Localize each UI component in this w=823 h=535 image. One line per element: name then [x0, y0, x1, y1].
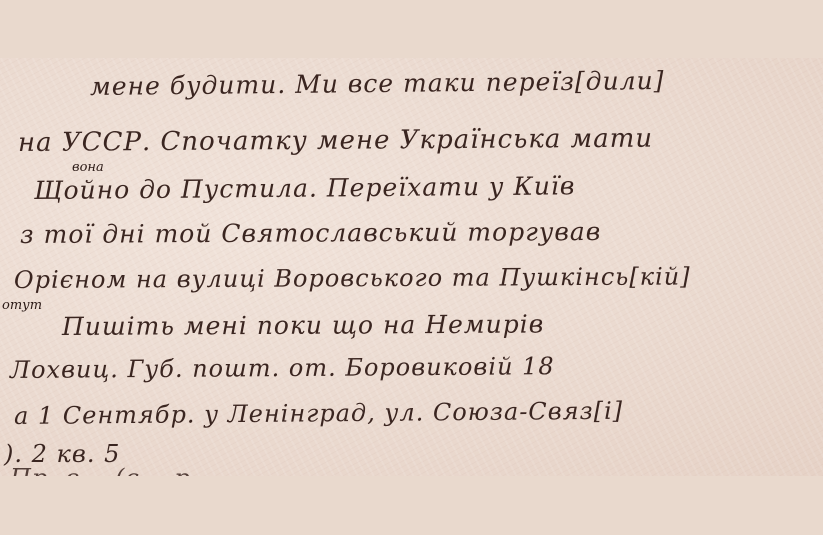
letter-line-8: а 1 Сентябр. у Ленінград, ул. Союза-Связ…: [14, 397, 623, 430]
letter-line-3: Щойно до Пустила. Переїхати у Київ: [34, 171, 576, 205]
letter-line-5: Орієном на вулиці Воровського та Пушкінс…: [14, 262, 691, 294]
letter-line-2: на УССР. Спочатку мене Українська мати: [18, 124, 653, 158]
document-frame: мене будити. Ми все таки переїз[дили] на…: [0, 0, 823, 535]
margin-annotation-otut: отут: [2, 298, 42, 313]
letter-line-10-partial: Пр. в... (с... р...: [10, 464, 217, 476]
letter-line-4: з тої дні той Святославський торгував: [20, 217, 601, 249]
letter-line-1: мене будити. Ми все таки переїз[дили]: [90, 66, 665, 101]
margin-annotation-vona: вона: [72, 160, 104, 175]
letter-line-6: Пишіть мені поки що на Немирів: [62, 309, 544, 341]
handwritten-letter-page: мене будити. Ми все таки переїз[дили] на…: [0, 58, 823, 476]
letter-line-7: Лохвиц. Губ. пошт. от. Боровиковій 18: [10, 352, 555, 384]
